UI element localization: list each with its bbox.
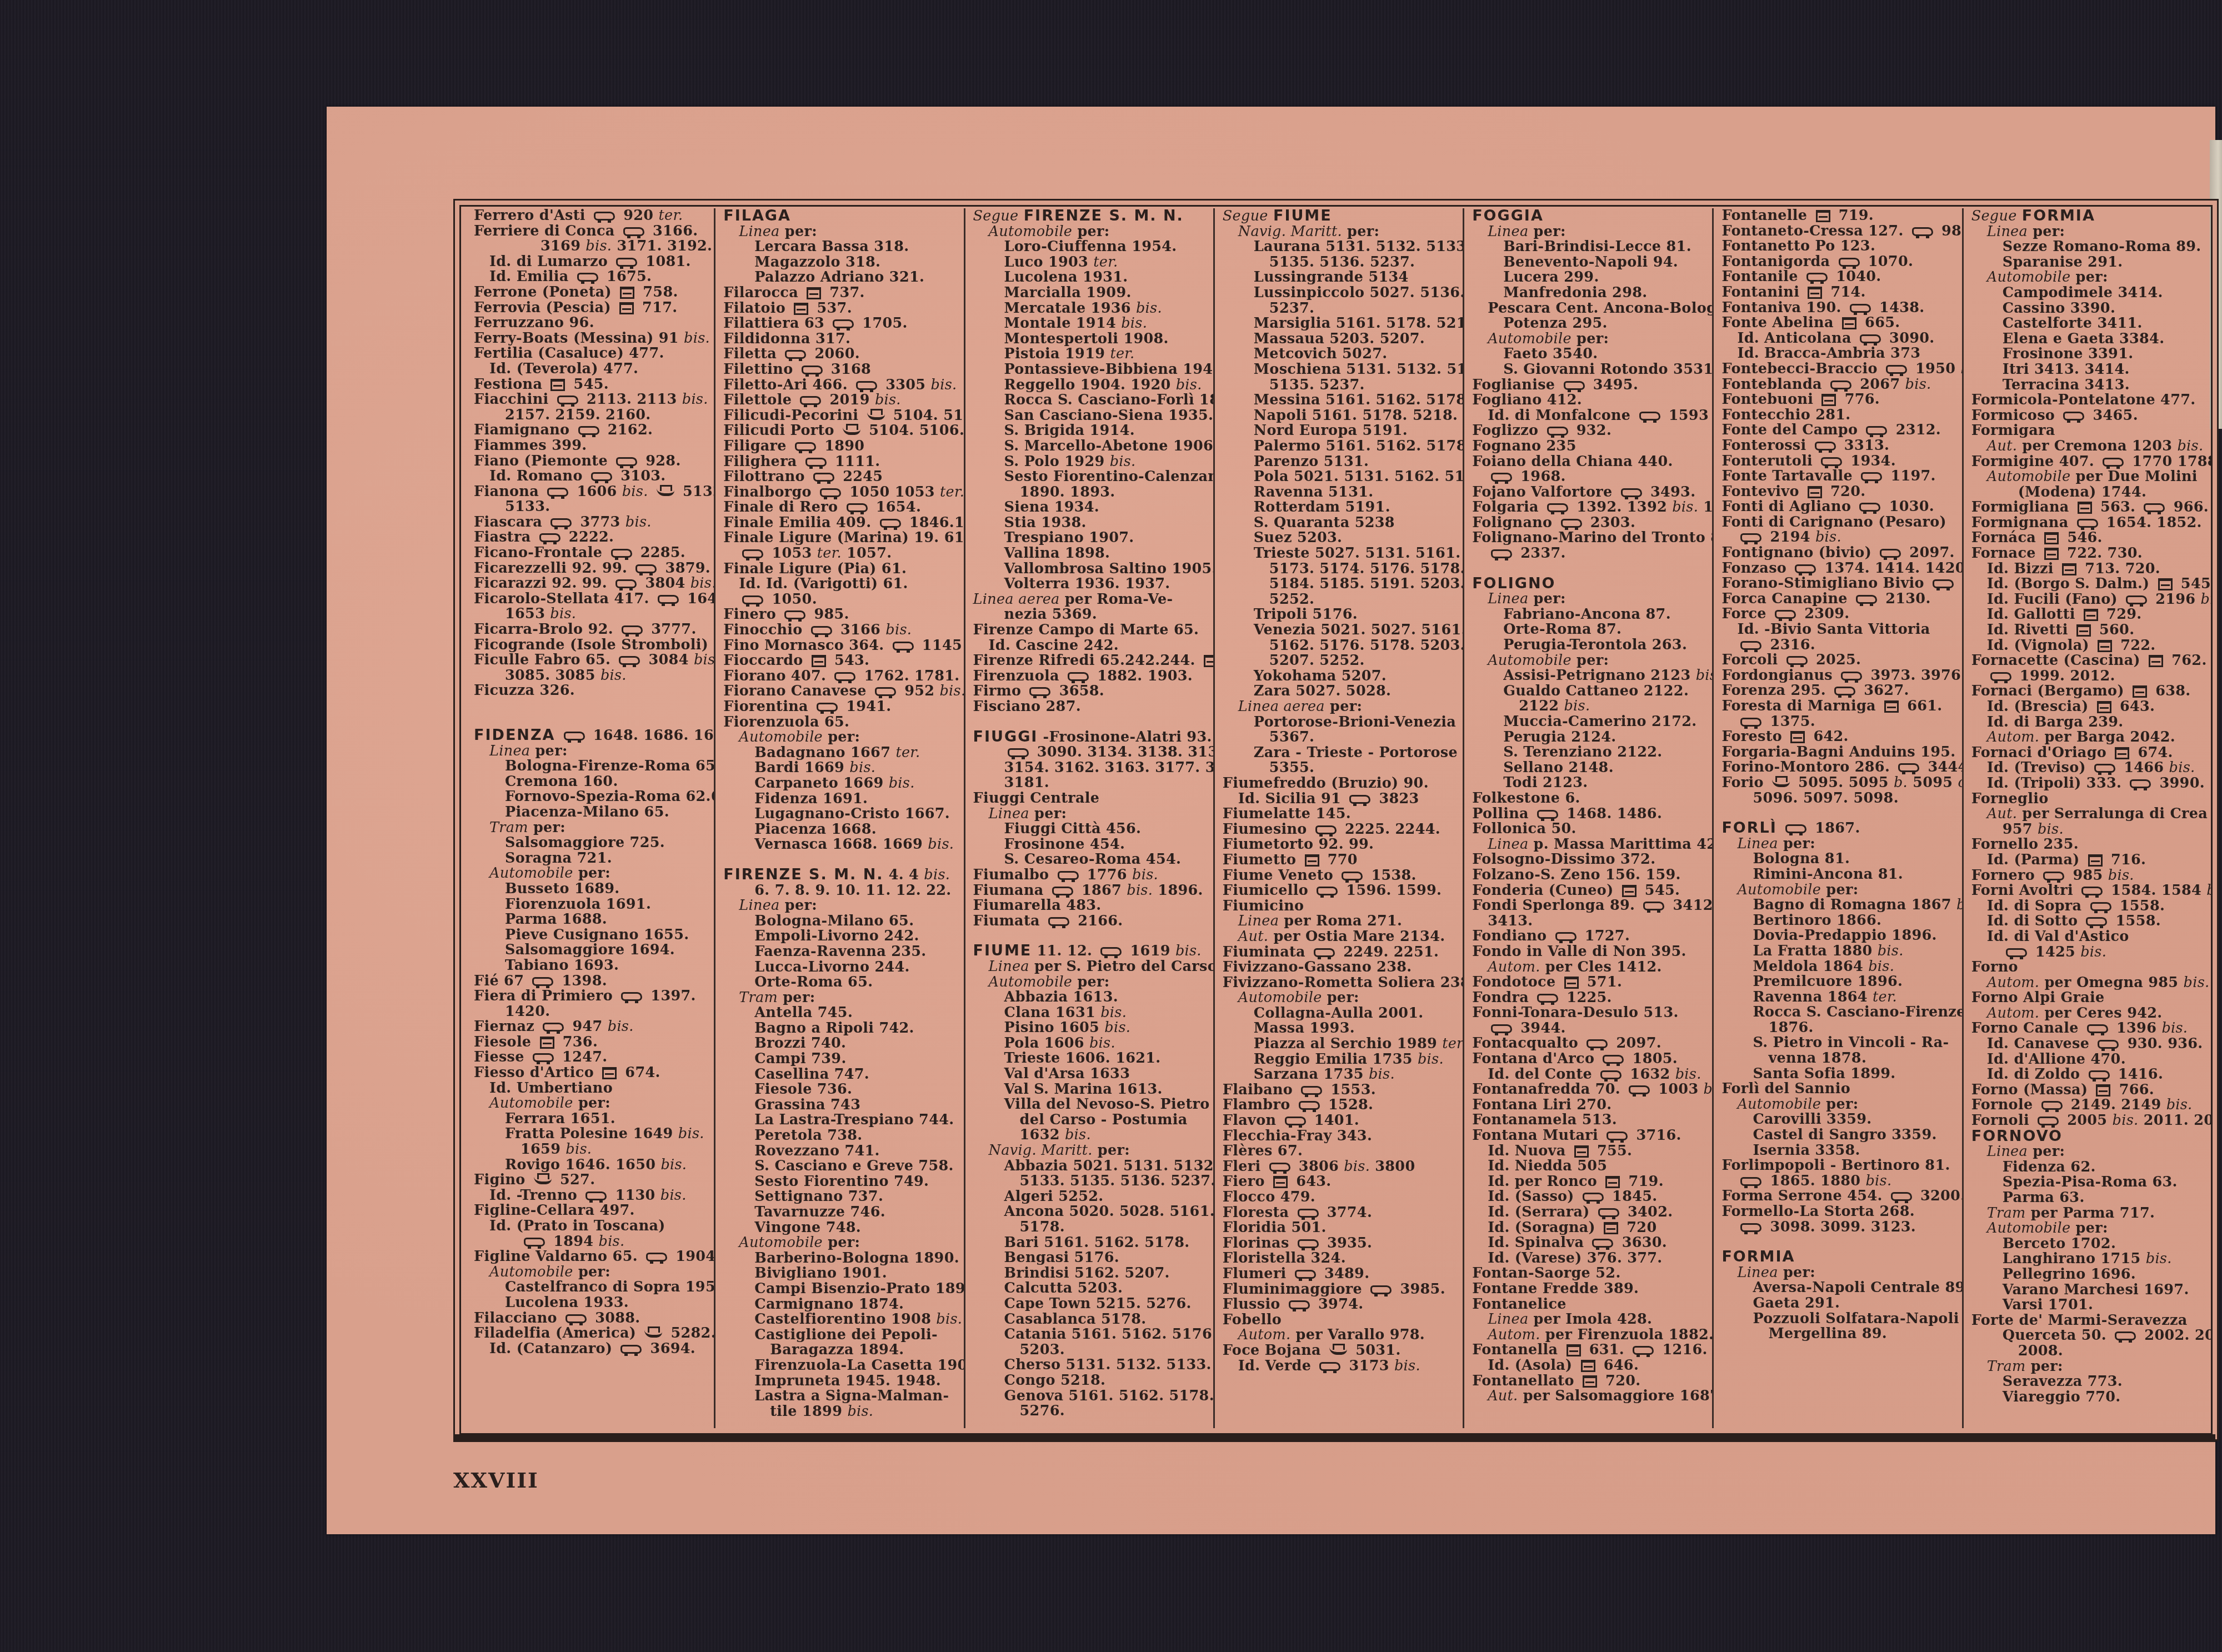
bus-icon bbox=[1740, 1177, 1761, 1186]
index-entry: Salsomaggiore 725. bbox=[474, 835, 708, 851]
index-entry: Id. per Ronco 719. bbox=[1472, 1174, 1706, 1190]
index-entry: Ferrone (Poneta) 758. bbox=[474, 285, 708, 301]
index-entry: 5173. 5174. 5176. 5178. 5183. bbox=[1223, 562, 1457, 577]
index-entry: Florinas 3935. bbox=[1223, 1236, 1457, 1251]
bus-icon bbox=[2103, 458, 2124, 467]
bus-icon bbox=[616, 457, 637, 466]
bus-icon bbox=[1068, 672, 1089, 681]
index-entry: Brindisi 5162. 5207. bbox=[973, 1266, 1208, 1281]
index-entry: Folignano 2303. bbox=[1472, 515, 1706, 531]
index-entry: Orte-Roma 87. bbox=[1472, 622, 1706, 638]
index-entry: 5135. 5237. bbox=[1223, 378, 1457, 393]
index-entry: S. Polo 1929 bis. bbox=[973, 454, 1208, 470]
continued-heading: Segue FIRENZE S. M. N. bbox=[973, 208, 1208, 224]
bus-icon bbox=[1740, 718, 1761, 727]
index-entry: Forano-Stimigliano Bivio 2119 bbox=[1721, 576, 1956, 592]
bus-icon bbox=[1834, 687, 1855, 695]
index-entry: Linea per: bbox=[723, 224, 958, 240]
bus-icon bbox=[1319, 1362, 1340, 1371]
index-entry: Castelfiorentino 1908 bis. bbox=[723, 1312, 958, 1328]
bus-icon bbox=[623, 227, 644, 236]
index-entry: Fonte del Campo 2312. bbox=[1721, 423, 1956, 438]
index-entry: Filighera 1111. bbox=[723, 454, 958, 470]
index-entry: Automobile per: bbox=[474, 866, 708, 882]
index-entry: Carpaneto 1669 bis. bbox=[723, 776, 958, 792]
index-entry: Formicoso 3465. bbox=[1971, 408, 2206, 424]
bus-icon bbox=[615, 579, 637, 588]
continued-heading: Segue FIUME bbox=[1223, 208, 1457, 224]
index-entry: Fivizzano-Gassano 238. bbox=[1223, 960, 1457, 975]
index-entry: Flumeri 3489. bbox=[1223, 1266, 1457, 1282]
index-entry: Fioccardo 543. bbox=[723, 653, 958, 669]
index-entry: 1053 ter. 1057. bbox=[723, 546, 958, 562]
index-entry: Firenze Rifredi 65.242.244. 774. bbox=[973, 653, 1208, 669]
index-entry: Finocchio 3166 bis. bbox=[723, 623, 958, 638]
index-entry: Terracina 3413. bbox=[1971, 378, 2206, 393]
index-entry: Ferriere di Conca 3166. bbox=[474, 224, 708, 239]
index-entry: Id. (Borgo S. Dalm.) 545. bbox=[1971, 577, 2206, 592]
index-columns: Ferrero d'Asti 920 ter.Ferriere di Conca… bbox=[466, 208, 2211, 1428]
index-entry: Bivigliano 1901. bbox=[723, 1266, 958, 1281]
index-entry: Portorose-Brioni-Venezia bbox=[1223, 715, 1457, 730]
index-entry: Varsi 1701. bbox=[1971, 1298, 2206, 1313]
index-entry: 3085. 3085 bis. bbox=[474, 668, 708, 684]
index-entry: Frosinone 454. bbox=[973, 837, 1208, 853]
index-entry: Carovilli 3359. bbox=[1721, 1112, 1956, 1128]
index-entry: Genova 5161. 5162. 5178. 5218. bbox=[973, 1389, 1208, 1404]
index-entry: Piazza al Serchio 1989 ter. bbox=[1223, 1037, 1457, 1052]
index-entry: Rovezzano 741. bbox=[723, 1144, 958, 1159]
bus-icon bbox=[557, 396, 578, 404]
bus-icon bbox=[594, 212, 615, 221]
index-entry: Fiesole 736. bbox=[474, 1035, 708, 1050]
index-entry: Val S. Marina 1613. bbox=[973, 1082, 1208, 1098]
index-entry: Abbazia 5021. 5131. 5132. bbox=[973, 1159, 1208, 1174]
index-entry: Fiascara 3773 bis. bbox=[474, 515, 708, 530]
index-entry: Id. Bizzi 713. 720. bbox=[1971, 562, 2206, 577]
index-entry: Formicola-Pontelatone 477. bbox=[1971, 393, 2206, 408]
index-entry: 1865. 1880 bis. bbox=[1721, 1174, 1956, 1189]
index-entry: Vernasca 1668. 1669 bis. bbox=[723, 837, 958, 853]
bus-icon bbox=[1370, 1285, 1392, 1294]
index-entry: 1968. bbox=[1472, 469, 1706, 485]
index-entry: 2008. bbox=[1971, 1344, 2206, 1359]
index-entry: 5203. bbox=[973, 1343, 1208, 1358]
index-entry: Fonterutoli 1934. bbox=[1721, 454, 1956, 469]
bus-icon bbox=[658, 595, 679, 604]
bus-icon bbox=[820, 488, 841, 497]
index-entry: Villa del Nevoso-S. Pietro bbox=[973, 1097, 1208, 1113]
index-entry: Lercara Bassa 318. bbox=[723, 239, 958, 255]
index-entry: Baragazza 1894. bbox=[723, 1343, 958, 1358]
spacer bbox=[474, 713, 708, 728]
tram-icon bbox=[602, 1067, 617, 1079]
index-entry: Id. di Val d'Astico bbox=[1971, 929, 2206, 945]
index-entry: Tram per Parma 717. bbox=[1971, 1206, 2206, 1222]
index-entry: Fontanellato 720. bbox=[1472, 1374, 1706, 1389]
bus-icon bbox=[2038, 1117, 2059, 1125]
index-entry: Fiera di Primiero 1397. bbox=[474, 989, 708, 1004]
bus-icon bbox=[1859, 503, 1880, 512]
index-entry: Fidenza 62. bbox=[1971, 1160, 2206, 1175]
bus-icon bbox=[1740, 1223, 1761, 1232]
tram-icon bbox=[2133, 685, 2147, 698]
index-entry: Massaua 5203. 5207. bbox=[1223, 332, 1457, 347]
index-entry: Linea per Roma 271. bbox=[1223, 914, 1457, 929]
index-entry: Forno (Massa) 766. bbox=[1971, 1083, 2206, 1098]
bus-icon bbox=[1600, 1070, 1622, 1079]
spacer bbox=[474, 699, 708, 713]
bus-icon bbox=[1856, 595, 1877, 604]
index-entry: Fiumetto 770 bbox=[1223, 853, 1457, 868]
index-entry: Assisi-Petrignano 2123 bis. bbox=[1472, 668, 1706, 684]
index-entry: Lucolena 1931. bbox=[973, 270, 1208, 286]
index-entry: Trieste 5027. 5131. 5161. 5162 bbox=[1223, 546, 1457, 562]
bus-icon bbox=[635, 564, 657, 573]
index-entry: Fonterossi 3313. bbox=[1721, 438, 1956, 454]
index-entry: Automobile per Due Molini bbox=[1971, 469, 2206, 485]
index-entry: Fiano (Piemonte 928. bbox=[474, 454, 708, 469]
index-entry: Rocca S. Casciano-Forlì 1876. bbox=[973, 393, 1208, 408]
tram-icon bbox=[2096, 1084, 2110, 1097]
tram-icon bbox=[2078, 502, 2092, 514]
index-entry: Fontanelice bbox=[1472, 1297, 1706, 1313]
index-entry: Meldola 1864 bis. bbox=[1721, 959, 1956, 975]
station-heading: FIDENZA 1648. 1686. 1687. bbox=[474, 728, 708, 744]
index-entry: Fornovo-Spezia-Roma 62.63 bbox=[474, 789, 708, 805]
index-entry: Cherso 5131. 5132. 5133. 5136. bbox=[973, 1358, 1208, 1373]
index-entry: Foresto 642. bbox=[1721, 729, 1956, 745]
index-entry: Id. (Soragna) 720 bbox=[1472, 1220, 1706, 1236]
index-entry: Finale Emilia 409. 1846.1847 bbox=[723, 515, 958, 531]
index-entry: Lastra a Signa-Malman- bbox=[723, 1389, 958, 1404]
tram-icon bbox=[807, 287, 821, 299]
index-entry: 1425 bis. bbox=[1971, 945, 2206, 960]
index-entry: Automobile per: bbox=[1472, 332, 1706, 347]
index-entry: Forgaria-Bagni Anduins 195. bbox=[1721, 745, 1956, 760]
index-entry: Id. (Catanzaro) 3694. bbox=[474, 1341, 708, 1357]
index-entry: Algeri 5252. bbox=[973, 1189, 1208, 1205]
bus-icon bbox=[611, 549, 632, 558]
index-entry: 5135. 5136. 5237. bbox=[1223, 255, 1457, 271]
index-entry: Fisciano 287. bbox=[973, 699, 1208, 715]
index-entry: Premilcuore 1896. bbox=[1721, 974, 1956, 990]
tram-icon bbox=[1305, 854, 1319, 867]
index-entry: Vingone 748. bbox=[723, 1220, 958, 1236]
index-entry: Fontanamela 513. bbox=[1472, 1113, 1706, 1128]
index-entry: Linea per: bbox=[1721, 837, 1956, 852]
index-entry: Metcovich 5027. bbox=[1223, 347, 1457, 362]
index-entry: Fivizzano-Rometta Soliera 238. bbox=[1223, 975, 1457, 991]
index-entry: 2316. bbox=[1721, 638, 1956, 653]
bus-icon bbox=[1298, 1209, 1319, 1218]
index-entry: Lussinpiccolo 5027. 5136. bbox=[1223, 286, 1457, 301]
index-entry: Flussio 3974. bbox=[1223, 1297, 1457, 1313]
index-entry: La Fratta 1880 bis. bbox=[1721, 944, 1956, 959]
ship-icon bbox=[1329, 1347, 1347, 1355]
index-entry: Langhirano 1715 bis. bbox=[1971, 1251, 2206, 1267]
bus-icon bbox=[1880, 549, 1901, 558]
index-entry: Fratta Polesine 1649 bis. bbox=[474, 1127, 708, 1142]
index-entry: Itri 3413. 3414. bbox=[1971, 362, 2206, 378]
index-entry: Figline Valdarno 65. 1904 bbox=[474, 1249, 708, 1265]
tram-icon bbox=[1273, 1176, 1288, 1188]
bus-icon bbox=[2087, 1024, 2108, 1033]
bus-icon bbox=[1008, 748, 1029, 757]
bus-icon bbox=[1295, 1270, 1316, 1279]
index-entry: Finero 985. bbox=[723, 607, 958, 623]
index-entry: Piacenza 1668. bbox=[723, 822, 958, 838]
index-entry: Gualdo Cattaneo 2122. bbox=[1472, 684, 1706, 699]
index-entry: Venezia 5021. 5027. 5161. bbox=[1223, 623, 1457, 638]
index-entry: Catania 5161. 5162. 5176. 5178. bbox=[973, 1327, 1208, 1343]
index-entry: Id. di Barga 239. bbox=[1971, 715, 2206, 730]
index-entry: Fornace 722. 730. bbox=[1971, 546, 2206, 562]
index-entry: Linea aerea per: bbox=[1223, 699, 1457, 715]
bus-icon bbox=[1839, 258, 1860, 267]
index-entry: Fontana Liri 270. bbox=[1472, 1098, 1706, 1113]
bus-icon bbox=[1866, 426, 1887, 435]
bus-icon bbox=[1491, 473, 1512, 482]
index-entry: Sellano 2148. bbox=[1472, 760, 1706, 776]
index-entry: Autom. per Varallo 978. bbox=[1223, 1328, 1457, 1343]
index-entry: Firenze Campo di Marte 65. bbox=[973, 623, 1208, 638]
index-entry: Filetto-Ari 466. 3305 bis. bbox=[723, 378, 958, 393]
tram-icon bbox=[2097, 701, 2111, 713]
index-entry: Forenza 295. 3627. bbox=[1721, 683, 1956, 699]
index-entry: 5133. bbox=[474, 499, 708, 515]
index-entry: Cassino 3390. bbox=[1971, 301, 2206, 317]
index-entry: Magazzolo 318. bbox=[723, 255, 958, 271]
bus-icon bbox=[620, 1345, 642, 1354]
index-entry: Busseto 1689. bbox=[474, 882, 708, 897]
index-entry: 3944. bbox=[1472, 1021, 1706, 1037]
index-entry: Fornole 2149. 2149 bis. bbox=[1971, 1098, 2206, 1113]
index-entry: 2122 bis. bbox=[1472, 699, 1706, 714]
tram-icon bbox=[2044, 532, 2059, 544]
index-entry: Laurana 5131. 5132. 5133. bbox=[1223, 239, 1457, 255]
index-entry: Sesto Fiorentino-Calenzano bbox=[973, 469, 1208, 485]
bus-icon bbox=[2063, 412, 2084, 420]
index-entry: Tripoli 5176. bbox=[1223, 607, 1457, 623]
bus-icon bbox=[2041, 1101, 2063, 1110]
index-entry: Grassina 743 bbox=[723, 1098, 958, 1113]
index-entry: Empoli-Livorno 242. bbox=[723, 929, 958, 944]
index-entry: Formignana 1654. 1852. bbox=[1971, 515, 2206, 531]
index-entry: Figino 527. bbox=[474, 1173, 708, 1188]
index-entry: Floristella 324. bbox=[1223, 1251, 1457, 1266]
index-entry: Congo 5218. bbox=[973, 1373, 1208, 1389]
index-entry: 1876. bbox=[1721, 1020, 1956, 1036]
index-entry: Benevento-Napoli 94. bbox=[1472, 255, 1706, 271]
index-entry: Filattiera 63 1705. bbox=[723, 316, 958, 332]
bus-icon bbox=[893, 642, 914, 650]
tram-icon bbox=[2084, 609, 2098, 621]
index-entry: Forca Canapine 2130. bbox=[1721, 592, 1956, 607]
index-entry: S. Marcello-Abetone 1906. bbox=[973, 439, 1208, 454]
index-entry: Id. di Lumarzo 1081. bbox=[474, 254, 708, 270]
index-entry: Fornaci d'Oriago 674. bbox=[1971, 745, 2206, 761]
index-entry: Castel di Sangro 3359. bbox=[1721, 1128, 1956, 1143]
tram-icon bbox=[2149, 655, 2163, 667]
index-entry: (Modena) 1744. bbox=[1971, 485, 2206, 500]
index-entry: Cremona 160. bbox=[474, 774, 708, 790]
index-entry: Id. Niedda 505 bbox=[1472, 1159, 1706, 1174]
index-entry: Folzano-S. Zeno 156. 159. bbox=[1472, 868, 1706, 883]
index-entry: Fiumetorto 92. 99. bbox=[1223, 837, 1457, 853]
index-entry: Reggello 1904. 1920 bis. bbox=[973, 378, 1208, 393]
index-entry: Foresta di Marniga 661. bbox=[1721, 699, 1956, 714]
station-heading: FIRENZE S. M. N. 4. 4 bis. bbox=[723, 867, 958, 883]
bus-icon bbox=[800, 396, 821, 405]
index-entry: Forlì del Sannio bbox=[1721, 1082, 1956, 1097]
index-entry: Id. Sicilia 91 3823 bbox=[1223, 792, 1457, 807]
index-entry: Fianona 1606 bis. 5132. bbox=[474, 484, 708, 500]
index-entry: Fondiano 1727. bbox=[1472, 929, 1706, 944]
index-entry: Antella 745. bbox=[723, 1005, 958, 1021]
bus-icon bbox=[1821, 457, 1842, 466]
bus-icon bbox=[880, 519, 901, 528]
spacer bbox=[973, 715, 1208, 729]
index-entry: Sesto Fiorentino 749. bbox=[723, 1174, 958, 1190]
index-entry: Lugagnano-Cristo 1667. bbox=[723, 807, 958, 822]
bus-icon bbox=[875, 687, 896, 696]
index-column-2: FILAGALinea per:Lercara Bassa 318.Magazz… bbox=[714, 208, 963, 1428]
index-entry: Fié 67 1398. bbox=[474, 974, 708, 989]
index-entry: Fontanafredda 70. 1003 bis bbox=[1472, 1082, 1706, 1098]
index-entry: 5237. bbox=[1223, 301, 1457, 317]
bus-icon bbox=[1315, 825, 1337, 834]
index-entry: Pieve Cusignano 1655. bbox=[474, 928, 708, 943]
tram-icon bbox=[2115, 747, 2129, 759]
index-entry: Campi 739. bbox=[723, 1052, 958, 1067]
index-entry: Flères 67. bbox=[1223, 1144, 1457, 1159]
index-entry: Siena 1934. bbox=[973, 500, 1208, 515]
index-entry: Fiacchini 2113. 2113 bis. bbox=[474, 392, 708, 408]
index-entry: Linea per: bbox=[973, 807, 1208, 822]
index-entry: Fontanella 631. 1216. 1235. bbox=[1472, 1343, 1706, 1358]
bus-icon bbox=[1621, 488, 1642, 497]
index-entry: Finale Ligure (Marina) 19. 61. bbox=[723, 530, 958, 546]
index-entry: Festiona 545. bbox=[474, 377, 708, 393]
index-entry: Autom. per Barga 2042. bbox=[1971, 730, 2206, 745]
bus-icon bbox=[1775, 610, 1796, 619]
bus-icon bbox=[1058, 871, 1079, 880]
index-entry: Faeto 3540. bbox=[1472, 347, 1706, 362]
index-entry: Pistoia 1919 ter. bbox=[973, 347, 1208, 362]
index-frame: Ferrero d'Asti 920 ter.Ferriere di Conca… bbox=[453, 199, 2219, 1441]
index-entry: Impruneta 1945. 1948. bbox=[723, 1374, 958, 1389]
index-entry: Filarocca 737. bbox=[723, 286, 958, 301]
index-entry: Id. Verde 3173 bis. bbox=[1223, 1359, 1457, 1374]
tram-icon bbox=[1884, 700, 1899, 713]
bus-icon bbox=[2089, 1070, 2110, 1079]
index-entry: San Casciano-Siena 1935. bbox=[973, 408, 1208, 424]
index-entry: Fonte Abelina 665. bbox=[1721, 316, 1956, 331]
index-entry: Yokohama 5207. bbox=[1223, 669, 1457, 684]
bus-icon bbox=[1643, 902, 1664, 910]
index-entry: Manfredonia 298. bbox=[1472, 286, 1706, 301]
index-entry: Fontebecci-Braccio 1950 bis. bbox=[1721, 362, 1956, 377]
bus-icon bbox=[1629, 1085, 1650, 1094]
bus-icon bbox=[1048, 917, 1069, 926]
index-entry: Fontacqualto 2097. bbox=[1472, 1036, 1706, 1052]
index-entry: Mercatale 1936 bis. bbox=[973, 301, 1208, 317]
index-entry: 5355. bbox=[1223, 760, 1457, 776]
index-entry: Forcoli 2025. bbox=[1721, 653, 1956, 668]
tram-icon bbox=[1790, 731, 1805, 743]
index-entry: S. Terenziano 2122. bbox=[1472, 745, 1706, 760]
index-entry: Aut. per Cremona 1203 bis. bbox=[1971, 439, 2206, 454]
index-column-4: Segue FIUMENavig. Maritt. per:Laurana 51… bbox=[1213, 208, 1463, 1428]
index-entry: Follonica 50. bbox=[1472, 822, 1706, 837]
index-entry: S. Cesareo-Roma 454. bbox=[973, 852, 1208, 868]
index-entry: Foglizzo 932. bbox=[1472, 423, 1706, 439]
tram-icon bbox=[1816, 210, 1830, 222]
index-entry: Aversa-Napoli Centrale 89 bbox=[1721, 1280, 1956, 1296]
index-entry: Ferrara 1651. bbox=[474, 1112, 708, 1127]
index-entry: Fiumana 1867 bis. 1896. bbox=[973, 883, 1208, 899]
bus-icon bbox=[646, 1253, 667, 1261]
index-entry: Finalborgo 1050 1053 ter. bbox=[723, 485, 958, 500]
index-entry: Flocco 479. bbox=[1223, 1190, 1457, 1205]
index-entry: Parma 63. bbox=[1971, 1190, 2206, 1206]
index-entry: Ficarezzelli 92. 99. 3879. bbox=[474, 561, 708, 577]
index-entry: Fiumicello 1596. 1599. bbox=[1223, 883, 1457, 899]
bus-icon bbox=[1795, 564, 1816, 573]
index-entry: Filacciano 3088. bbox=[474, 1311, 708, 1326]
index-entry: Rotterdam 5191. bbox=[1223, 500, 1457, 515]
index-entry: Autom. per Cles 1412. bbox=[1472, 960, 1706, 975]
index-entry: Forlimpopoli - Bertinoro 81. bbox=[1721, 1158, 1956, 1174]
bus-icon bbox=[1933, 579, 1954, 588]
bus-icon bbox=[2098, 1040, 2119, 1049]
index-entry: Fertilia (Casaluce) 477. bbox=[474, 346, 708, 362]
index-entry: Fondo in Valle di Non 395. bbox=[1472, 944, 1706, 960]
bus-icon bbox=[1603, 1055, 1624, 1064]
ship-icon bbox=[644, 1330, 662, 1338]
index-entry: Id. Nuova 755. bbox=[1472, 1144, 1706, 1159]
index-entry: Formigliana 563. 966. bbox=[1971, 500, 2206, 515]
index-entry: 1999. 2012. bbox=[1971, 669, 2206, 684]
index-entry: Calcutta 5203. bbox=[973, 1281, 1208, 1296]
index-entry: Todi 2123. bbox=[1472, 775, 1706, 791]
index-entry: Fondotoce 571. bbox=[1472, 975, 1706, 990]
spacer bbox=[723, 853, 958, 867]
bus-icon bbox=[1830, 381, 1851, 389]
index-entry: Fiumefreddo (Bruzio) 90. bbox=[1223, 776, 1457, 792]
bus-icon bbox=[1592, 1239, 1613, 1248]
index-entry: Fontane Fredde 389. bbox=[1472, 1281, 1706, 1297]
index-entry: Faenza-Ravenna 235. bbox=[723, 944, 958, 960]
index-entry: Fonteblanda 2067 bis. bbox=[1721, 377, 1956, 393]
bus-icon bbox=[1269, 1163, 1290, 1172]
index-entry: Fiumelatte 145. bbox=[1223, 807, 1457, 822]
index-entry: venna 1878. bbox=[1721, 1051, 1956, 1067]
index-entry: Fogliano 412. bbox=[1472, 393, 1706, 408]
index-entry: 3154. 3162. 3163. 3177. 3180. bbox=[973, 760, 1208, 776]
bus-icon bbox=[1815, 442, 1836, 450]
index-entry: Tram per: bbox=[723, 990, 958, 1006]
index-entry: Automobile per: bbox=[1971, 1221, 2206, 1237]
bus-icon bbox=[616, 258, 637, 267]
index-entry: Fiero 643. bbox=[1223, 1174, 1457, 1190]
index-entry: Castelfranco di Sopra 1953 bis. bbox=[474, 1280, 708, 1295]
index-entry: Forma Serrone 454. 3200. bbox=[1721, 1189, 1956, 1204]
bus-icon bbox=[813, 473, 834, 482]
index-entry: Gaeta 291. bbox=[1721, 1296, 1956, 1311]
index-entry: Ferrero d'Asti 920 ter. bbox=[474, 208, 708, 224]
